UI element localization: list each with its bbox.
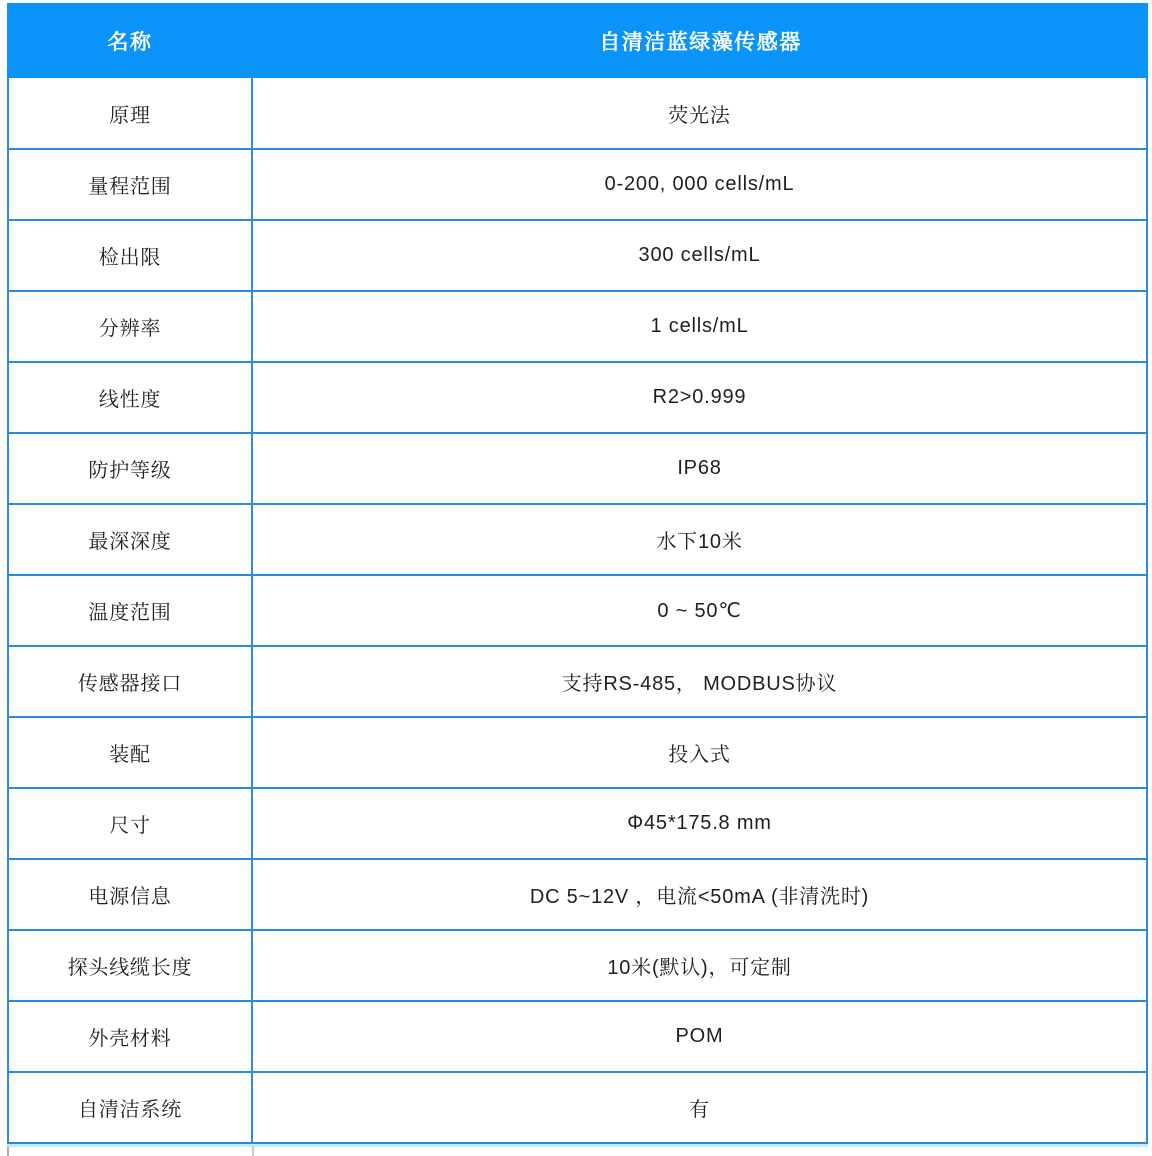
spec-value: 投入式	[253, 718, 1146, 787]
spec-label: 装配	[9, 718, 253, 787]
spec-value: 300 cells/mL	[253, 221, 1146, 290]
spec-label: 传感器接口	[9, 647, 253, 716]
spec-value: R2>0.999	[253, 363, 1146, 432]
table-row: 传感器接口 支持RS-485， MODBUS协议	[9, 645, 1146, 716]
spec-label: 探头线缆长度	[9, 931, 253, 1000]
spec-value: 1 cells/mL	[253, 292, 1146, 361]
spec-label: 最深深度	[9, 505, 253, 574]
table-row: 外壳材料 POM	[9, 1000, 1146, 1071]
spec-value: 0 ~ 50℃	[253, 576, 1146, 645]
table-row: 探头线缆长度 10米(默认)，可定制	[9, 929, 1146, 1000]
header-product-name: 自清洁蓝绿藻传感器	[253, 3, 1148, 78]
spec-value: 荧光法	[253, 78, 1146, 148]
spec-label: 自清洁系统	[9, 1073, 253, 1142]
spec-table: 名称 自清洁蓝绿藻传感器 原理 荧光法 量程范围 0-200, 000 cell…	[7, 3, 1148, 1144]
spec-value: POM	[253, 1002, 1146, 1071]
table-row: 尺寸 Φ45*175.8 mm	[9, 787, 1146, 858]
spec-label: 尺寸	[9, 789, 253, 858]
table-bottom-shadow	[7, 1144, 1148, 1147]
table-row: 线性度 R2>0.999	[9, 361, 1146, 432]
table-row: 温度范围 0 ~ 50℃	[9, 574, 1146, 645]
spec-label: 量程范围	[9, 150, 253, 219]
spec-value: 有	[253, 1073, 1146, 1142]
column-divider-remnant	[252, 1147, 254, 1156]
spec-value: DC 5~12V ，电流<50mA (非清洗时)	[253, 860, 1146, 929]
table-row: 电源信息 DC 5~12V ，电流<50mA (非清洗时)	[9, 858, 1146, 929]
header-name-label: 名称	[7, 3, 253, 78]
table-row: 自清洁系统 有	[9, 1071, 1146, 1142]
spec-value: 支持RS-485， MODBUS协议	[253, 647, 1146, 716]
table-body: 原理 荧光法 量程范围 0-200, 000 cells/mL 检出限 300 …	[7, 78, 1148, 1144]
table-row: 原理 荧光法	[9, 78, 1146, 148]
table-row: 分辨率 1 cells/mL	[9, 290, 1146, 361]
spec-label: 检出限	[9, 221, 253, 290]
left-border-remnant	[7, 1147, 9, 1156]
spec-label: 原理	[9, 78, 253, 148]
table-header-row: 名称 自清洁蓝绿藻传感器	[7, 3, 1148, 78]
spec-label: 防护等级	[9, 434, 253, 503]
spec-label: 温度范围	[9, 576, 253, 645]
spec-label: 分辨率	[9, 292, 253, 361]
spec-value: IP68	[253, 434, 1146, 503]
spec-label: 线性度	[9, 363, 253, 432]
table-row: 装配 投入式	[9, 716, 1146, 787]
table-row: 量程范围 0-200, 000 cells/mL	[9, 148, 1146, 219]
table-row: 防护等级 IP68	[9, 432, 1146, 503]
spec-label: 电源信息	[9, 860, 253, 929]
spec-value: 0-200, 000 cells/mL	[253, 150, 1146, 219]
spec-value: 水下10米	[253, 505, 1146, 574]
spec-value: Φ45*175.8 mm	[253, 789, 1146, 858]
table-row: 最深深度 水下10米	[9, 503, 1146, 574]
spec-value: 10米(默认)，可定制	[253, 931, 1146, 1000]
table-row: 检出限 300 cells/mL	[9, 219, 1146, 290]
spec-label: 外壳材料	[9, 1002, 253, 1071]
